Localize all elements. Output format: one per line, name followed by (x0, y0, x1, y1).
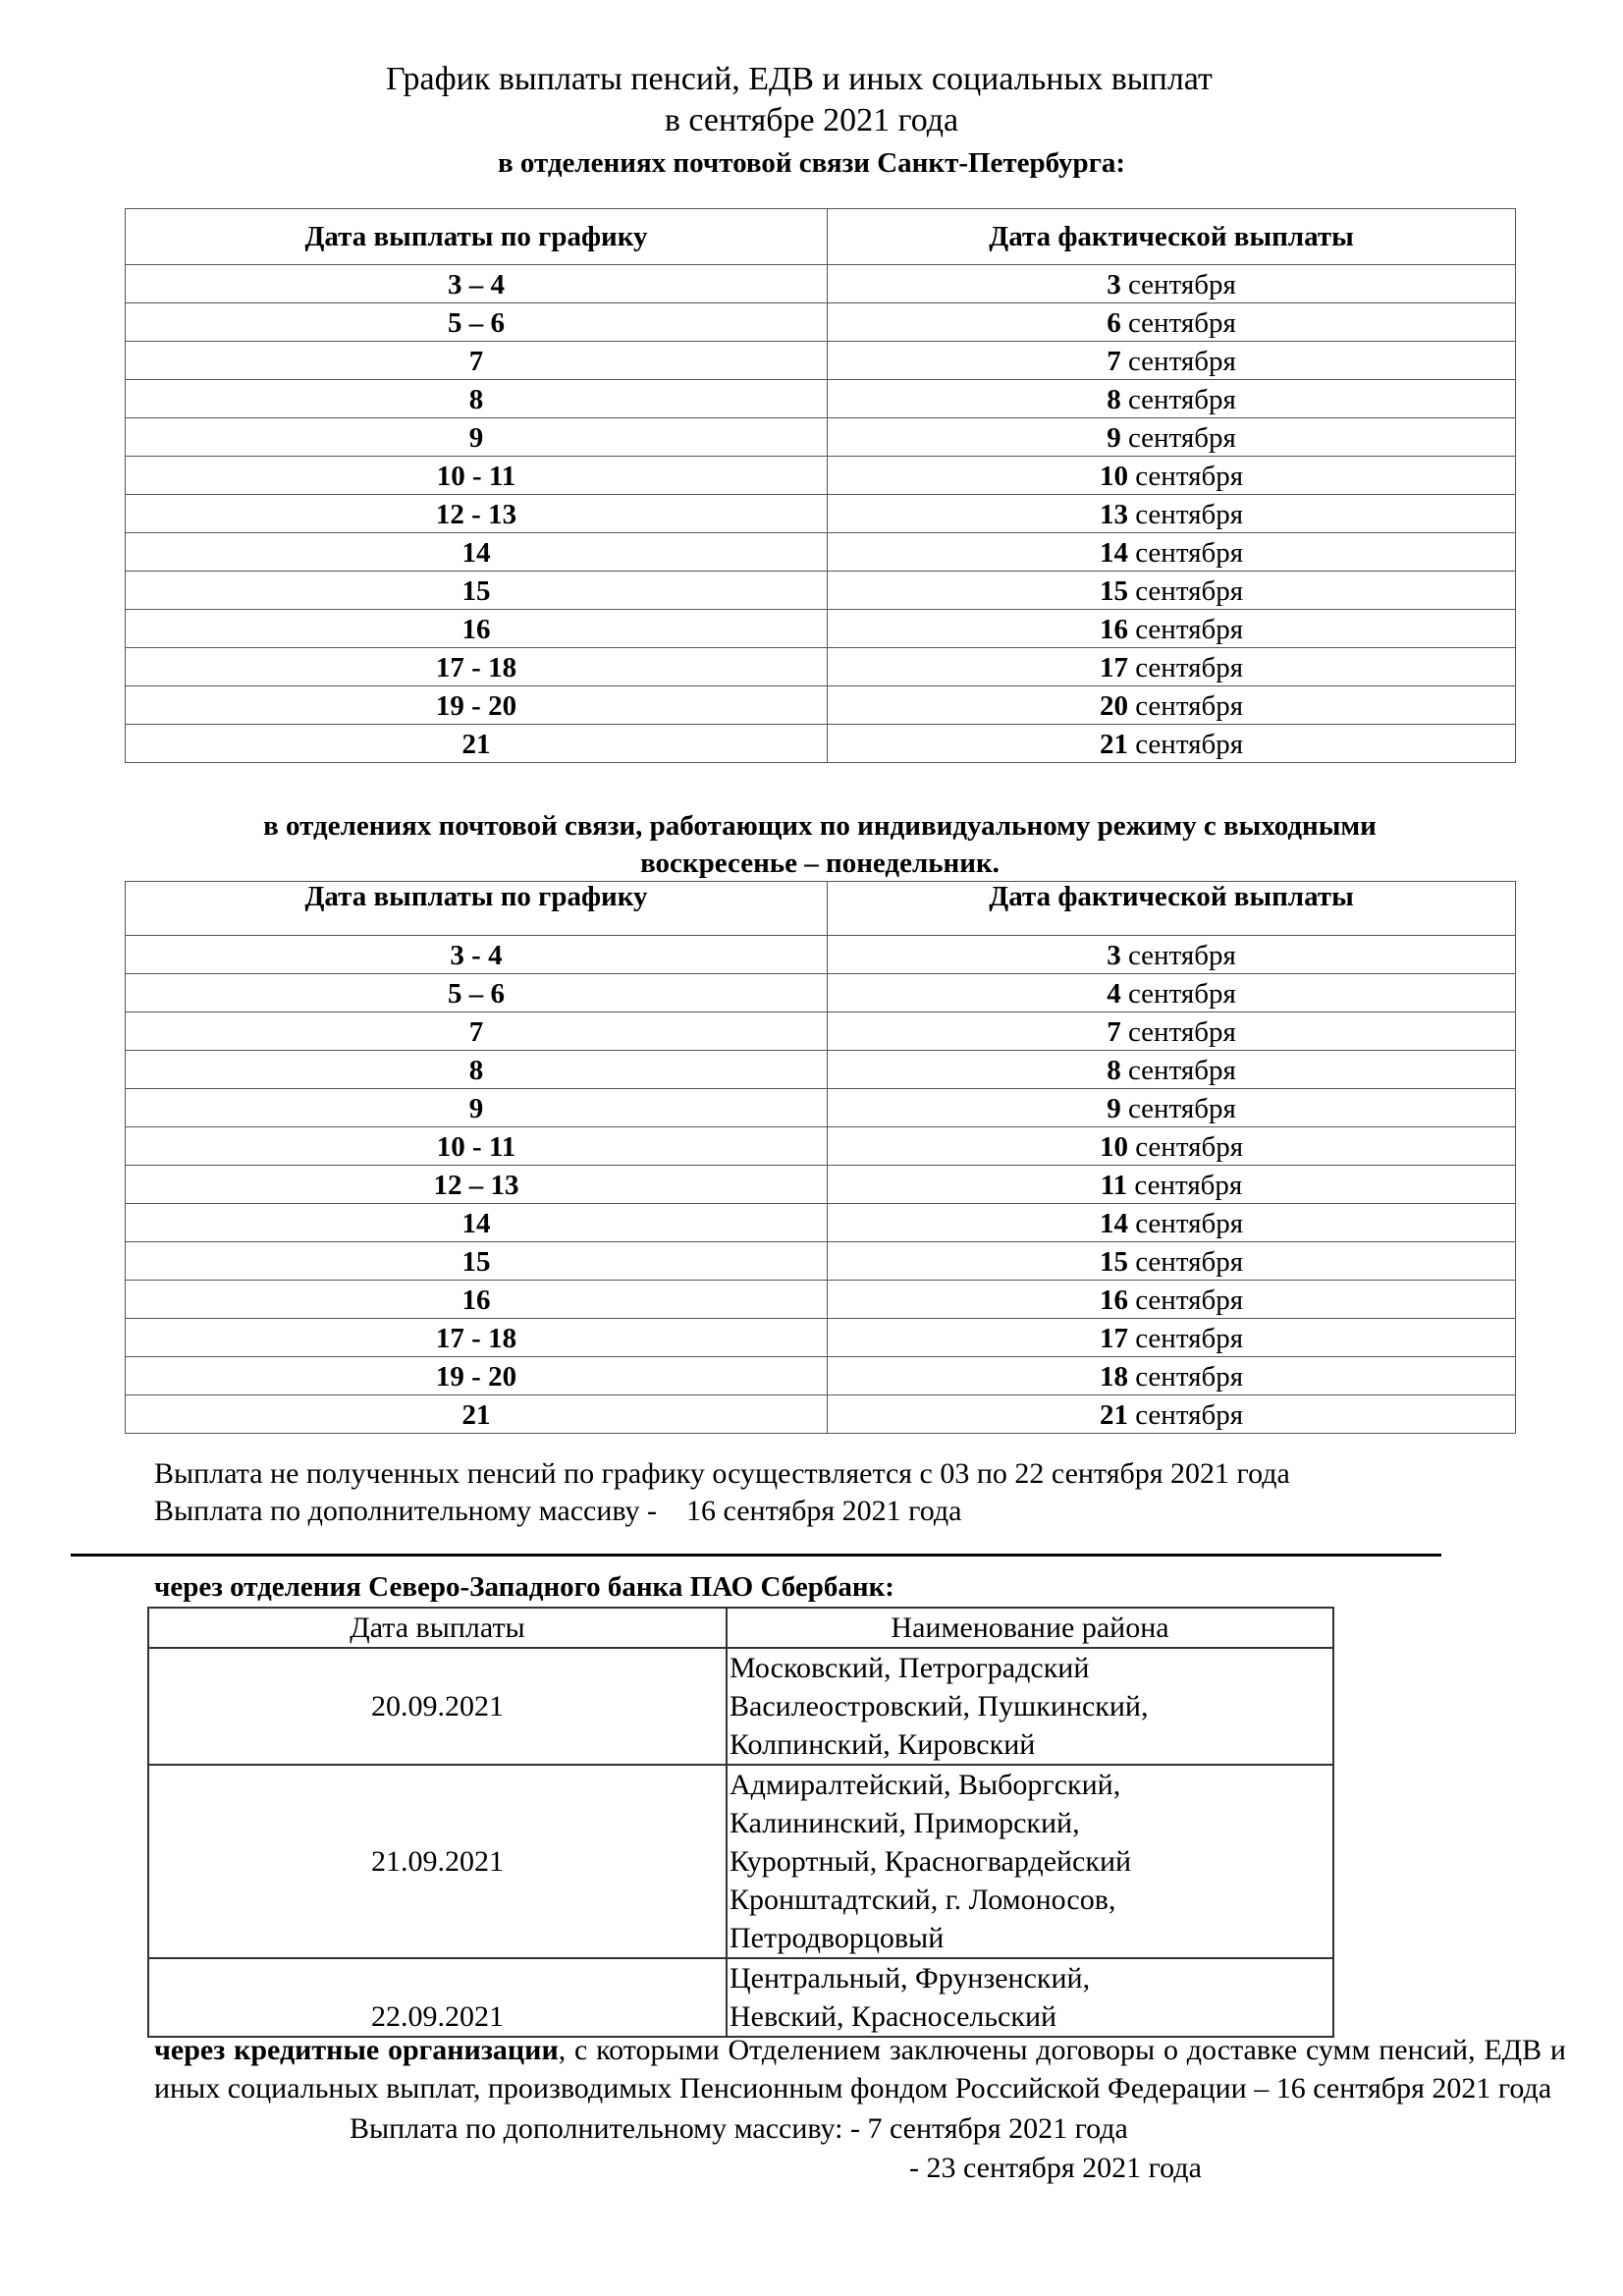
scheduled-date: 5 – 6 (448, 307, 505, 339)
actual-date-cell: 11 сентября (828, 1166, 1516, 1204)
actual-date-cell: 20 сентября (828, 686, 1516, 725)
scheduled-date: 14 (462, 537, 491, 569)
actual-date-cell: 3 сентября (828, 265, 1516, 303)
scheduled-date-cell: 14 (126, 1204, 828, 1242)
table-row: 5 – 66 сентября (126, 303, 1516, 342)
actual-date-cell: 9 сентября (828, 1089, 1516, 1127)
actual-month: сентября (1121, 1055, 1236, 1086)
additional-array-line2: - 23 сентября 2021 года (909, 2149, 1202, 2187)
table-row: 17 - 1817 сентября (126, 1319, 1516, 1357)
actual-day: 3 (1107, 269, 1121, 301)
scheduled-date: 9 (469, 1093, 484, 1124)
table-header-row: Дата выплаты Наименование района (148, 1608, 1333, 1648)
actual-date-cell: 8 сентября (828, 380, 1516, 418)
district-line: Курортный, Красногвардейский (730, 1842, 1332, 1881)
actual-day: 14 (1100, 537, 1128, 569)
column-header-payment-date: Дата выплаты (148, 1608, 727, 1648)
actual-day: 3 (1107, 940, 1121, 971)
scheduled-date-cell: 10 - 11 (126, 457, 828, 495)
scheduled-date-cell: 7 (126, 342, 828, 380)
district-line: Кронштадтский, г. Ломоносов, (730, 1881, 1332, 1919)
scheduled-date-cell: 17 - 18 (126, 648, 828, 686)
table-header-row: Дата выплаты по графику Дата фактической… (126, 209, 1516, 265)
scheduled-date-cell: 14 (126, 533, 828, 572)
scheduled-date: 8 (469, 1055, 484, 1086)
scheduled-date-cell: 5 – 6 (126, 974, 828, 1012)
table-row: 77 сентября (126, 1012, 1516, 1051)
actual-month: сентября (1127, 1170, 1242, 1201)
column-header-scheduled-date: Дата выплаты по графику (126, 882, 828, 936)
district-line: Центральный, Фрунзенский, (730, 1959, 1332, 1997)
district-line: Колпинский, Кировский (730, 1725, 1332, 1764)
actual-month: сентября (1121, 422, 1236, 454)
note-unreceived-pensions: Выплата не полученных пенсий по графику … (154, 1455, 1290, 1493)
actual-date-cell: 15 сентября (828, 1242, 1516, 1281)
scheduled-date-cell: 16 (126, 1281, 828, 1319)
scheduled-date-cell: 16 (126, 610, 828, 648)
actual-date-cell: 4 сентября (828, 974, 1516, 1012)
table-header-row: Дата выплаты по графику Дата фактической… (126, 882, 1516, 936)
column-header-district-name: Наименование района (727, 1608, 1333, 1648)
actual-day: 21 (1100, 1399, 1128, 1431)
table-row: 19 - 2020 сентября (126, 686, 1516, 725)
section-heading-individual-mode: в отделениях почтовой связи, работающих … (125, 807, 1515, 882)
actual-day: 4 (1107, 978, 1121, 1010)
actual-date-cell: 14 сентября (828, 533, 1516, 572)
actual-date-cell: 13 сентября (828, 495, 1516, 533)
scheduled-date: 3 - 4 (450, 940, 502, 971)
scheduled-date: 7 (469, 1016, 484, 1048)
table-row: 88 сентября (126, 380, 1516, 418)
actual-day: 9 (1107, 1093, 1121, 1124)
table-row: 2121 сентября (126, 725, 1516, 763)
table-row: 1414 сентября (126, 533, 1516, 572)
table-row: 10 - 1110 сентября (126, 1127, 1516, 1166)
actual-day: 17 (1100, 1323, 1128, 1354)
actual-month: сентября (1128, 1208, 1243, 1239)
scheduled-date: 19 - 20 (436, 690, 516, 722)
scheduled-date: 8 (469, 384, 484, 415)
actual-day: 21 (1100, 729, 1128, 760)
column-header-actual-date: Дата фактической выплаты (828, 209, 1516, 265)
actual-date-cell: 18 сентября (828, 1357, 1516, 1395)
actual-month: сентября (1121, 384, 1236, 415)
actual-month: сентября (1128, 1246, 1243, 1278)
actual-day: 8 (1107, 1055, 1121, 1086)
column-header-actual-date: Дата фактической выплаты (828, 882, 1516, 936)
actual-month: сентября (1128, 461, 1243, 492)
actual-day: 18 (1100, 1361, 1128, 1393)
actual-day: 6 (1107, 307, 1121, 339)
actual-day: 9 (1107, 422, 1121, 454)
table-row: 2121 сентября (126, 1395, 1516, 1434)
actual-month: сентября (1128, 537, 1243, 569)
actual-day: 17 (1100, 652, 1128, 683)
district-list: Московский, ПетроградскийВасилеостровски… (727, 1648, 1333, 1765)
actual-month: сентября (1121, 1093, 1236, 1124)
actual-date-cell: 21 сентября (828, 1395, 1516, 1434)
additional-array-line1: Выплата по дополнительному массиву: - 7 … (350, 2109, 1128, 2148)
actual-month: сентября (1128, 690, 1243, 722)
scheduled-date: 19 - 20 (436, 1361, 516, 1393)
section-heading-sberbank: через отделения Северо-Западного банка П… (154, 1571, 894, 1604)
scheduled-date-cell: 10 - 11 (126, 1127, 828, 1166)
actual-date-cell: 10 сентября (828, 1127, 1516, 1166)
scheduled-date: 21 (462, 1399, 491, 1431)
scheduled-date-cell: 12 – 13 (126, 1166, 828, 1204)
actual-day: 10 (1100, 1131, 1128, 1163)
scheduled-date-cell: 9 (126, 1089, 828, 1127)
actual-day: 13 (1100, 499, 1128, 530)
district-line: Василеостровский, Пушкинский, (730, 1687, 1332, 1725)
table-row: 1616 сентября (126, 1281, 1516, 1319)
actual-month: сентября (1121, 307, 1236, 339)
scheduled-date: 17 - 18 (436, 1323, 516, 1354)
district-list: Центральный, Фрунзенский,Невский, Красно… (727, 1958, 1333, 2037)
scheduled-date-cell: 19 - 20 (126, 1357, 828, 1395)
actual-month: сентября (1128, 499, 1243, 530)
table-row: 99 сентября (126, 1089, 1516, 1127)
actual-date-cell: 10 сентября (828, 457, 1516, 495)
credit-organizations-paragraph: через кредитные организации, с которыми … (154, 2031, 1566, 2107)
actual-month: сентября (1128, 1399, 1243, 1431)
scheduled-date-cell: 12 - 13 (126, 495, 828, 533)
scheduled-date-cell: 7 (126, 1012, 828, 1051)
scheduled-date-cell: 19 - 20 (126, 686, 828, 725)
table-row: 77 сентября (126, 342, 1516, 380)
actual-month: сентября (1128, 729, 1243, 760)
scheduled-date-cell: 8 (126, 380, 828, 418)
scheduled-date: 5 – 6 (448, 978, 505, 1010)
table-row: 99 сентября (126, 418, 1516, 457)
actual-day: 14 (1100, 1208, 1128, 1239)
actual-month: сентября (1128, 1285, 1243, 1316)
actual-month: сентября (1121, 1016, 1236, 1048)
actual-date-cell: 16 сентября (828, 1281, 1516, 1319)
note-additional-array: Выплата по дополнительному массиву - 16 … (154, 1493, 961, 1530)
table-row: 1515 сентября (126, 572, 1516, 610)
table-row: 1414 сентября (126, 1204, 1516, 1242)
scheduled-date-cell: 15 (126, 572, 828, 610)
actual-date-cell: 7 сентября (828, 342, 1516, 380)
actual-month: сентября (1121, 978, 1236, 1010)
scheduled-date: 16 (462, 614, 491, 645)
scheduled-date: 15 (462, 1246, 491, 1278)
scheduled-date-cell: 21 (126, 725, 828, 763)
scheduled-date: 14 (462, 1208, 491, 1239)
table-row: 3 - 43 сентября (126, 936, 1516, 974)
table-row: 20.09.2021Московский, ПетроградскийВасил… (148, 1648, 1333, 1765)
scheduled-date: 10 - 11 (437, 461, 516, 492)
scheduled-date: 15 (462, 575, 491, 607)
payment-date: 21.09.2021 (148, 1765, 727, 1958)
scheduled-date-cell: 15 (126, 1242, 828, 1281)
actual-month: сентября (1121, 346, 1236, 377)
actual-month: сентября (1128, 1131, 1243, 1163)
scheduled-date: 17 - 18 (436, 652, 516, 683)
actual-month: сентября (1128, 614, 1243, 645)
district-list: Адмиралтейский, Выборгский,Калининский, … (727, 1765, 1333, 1958)
post-office-schedule-table: Дата выплаты по графику Дата фактической… (125, 208, 1516, 763)
heading-line1: в отделениях почтовой связи, работающих … (125, 807, 1515, 845)
scheduled-date: 12 – 13 (434, 1170, 519, 1201)
actual-month: сентября (1121, 940, 1236, 971)
district-line: Петродворцовый (730, 1919, 1332, 1957)
actual-date-cell: 21 сентября (828, 725, 1516, 763)
scheduled-date-cell: 21 (126, 1395, 828, 1434)
scheduled-date: 21 (462, 729, 491, 760)
credit-bold-prefix: через кредитные организации (154, 2034, 559, 2066)
column-header-scheduled-date: Дата выплаты по графику (126, 209, 828, 265)
scheduled-date-cell: 17 - 18 (126, 1319, 828, 1357)
actual-date-cell: 15 сентября (828, 572, 1516, 610)
actual-date-cell: 14 сентября (828, 1204, 1516, 1242)
sberbank-schedule-table: Дата выплаты Наименование района 20.09.2… (147, 1607, 1334, 2038)
actual-day: 7 (1107, 346, 1121, 377)
scheduled-date-cell: 9 (126, 418, 828, 457)
actual-day: 20 (1100, 690, 1128, 722)
actual-date-cell: 9 сентября (828, 418, 1516, 457)
scheduled-date-cell: 3 – 4 (126, 265, 828, 303)
table-row: 12 - 1313 сентября (126, 495, 1516, 533)
table-row: 10 - 1110 сентября (126, 457, 1516, 495)
heading-line2: воскресенье – понедельник. (125, 845, 1515, 882)
actual-date-cell: 6 сентября (828, 303, 1516, 342)
individual-mode-schedule-table: Дата выплаты по графику Дата фактической… (125, 881, 1516, 1434)
table-row: 22.09.2021Центральный, Фрунзенский,Невск… (148, 1958, 1333, 2037)
actual-date-cell: 16 сентября (828, 610, 1516, 648)
scheduled-date-cell: 3 - 4 (126, 936, 828, 974)
actual-month: сентября (1128, 652, 1243, 683)
actual-date-cell: 3 сентября (828, 936, 1516, 974)
table-row: 3 – 43 сентября (126, 265, 1516, 303)
actual-day: 15 (1100, 1246, 1128, 1278)
actual-day: 15 (1100, 575, 1128, 607)
actual-month: сентября (1128, 1323, 1243, 1354)
scheduled-date: 12 - 13 (436, 499, 516, 530)
table-row: 1515 сентября (126, 1242, 1516, 1281)
actual-date-cell: 17 сентября (828, 1319, 1516, 1357)
actual-month: сентября (1128, 1361, 1243, 1393)
scheduled-date: 3 – 4 (448, 269, 505, 301)
scheduled-date-cell: 5 – 6 (126, 303, 828, 342)
actual-month: сентября (1121, 269, 1236, 301)
scheduled-date: 9 (469, 422, 484, 454)
actual-day: 16 (1100, 1285, 1128, 1316)
payment-date: 22.09.2021 (148, 1958, 727, 2037)
actual-date-cell: 8 сентября (828, 1051, 1516, 1089)
table-row: 5 – 64 сентября (126, 974, 1516, 1012)
district-line: Адмиралтейский, Выборгский, (730, 1766, 1332, 1804)
document-title-line2: в сентябре 2021 года (0, 100, 1623, 141)
table-row: 21.09.2021Адмиралтейский, Выборгский,Кал… (148, 1765, 1333, 1958)
table-row: 1616 сентября (126, 610, 1516, 648)
table-row: 17 - 1817 сентября (126, 648, 1516, 686)
table-row: 12 – 1311 сентября (126, 1166, 1516, 1204)
scheduled-date: 10 - 11 (437, 1131, 516, 1163)
table-row: 88 сентября (126, 1051, 1516, 1089)
scheduled-date: 7 (469, 346, 484, 377)
actual-day: 10 (1100, 461, 1128, 492)
actual-day: 7 (1107, 1016, 1121, 1048)
scheduled-date-cell: 8 (126, 1051, 828, 1089)
actual-date-cell: 17 сентября (828, 648, 1516, 686)
actual-month: сентября (1128, 575, 1243, 607)
table-row: 19 - 2018 сентября (126, 1357, 1516, 1395)
actual-day: 8 (1107, 384, 1121, 415)
section-divider (71, 1554, 1441, 1557)
actual-date-cell: 7 сентября (828, 1012, 1516, 1051)
actual-day: 11 (1101, 1170, 1127, 1201)
actual-day: 16 (1100, 614, 1128, 645)
payment-date: 20.09.2021 (148, 1648, 727, 1765)
scheduled-date: 16 (462, 1285, 491, 1316)
district-line: Московский, Петроградский (730, 1649, 1332, 1687)
district-line: Калининский, Приморский, (730, 1804, 1332, 1842)
document-title-line1: График выплаты пенсий, ЕДВ и иных социал… (386, 59, 1213, 100)
section-heading-post-offices: в отделениях почтовой связи Санкт-Петерб… (0, 147, 1623, 180)
